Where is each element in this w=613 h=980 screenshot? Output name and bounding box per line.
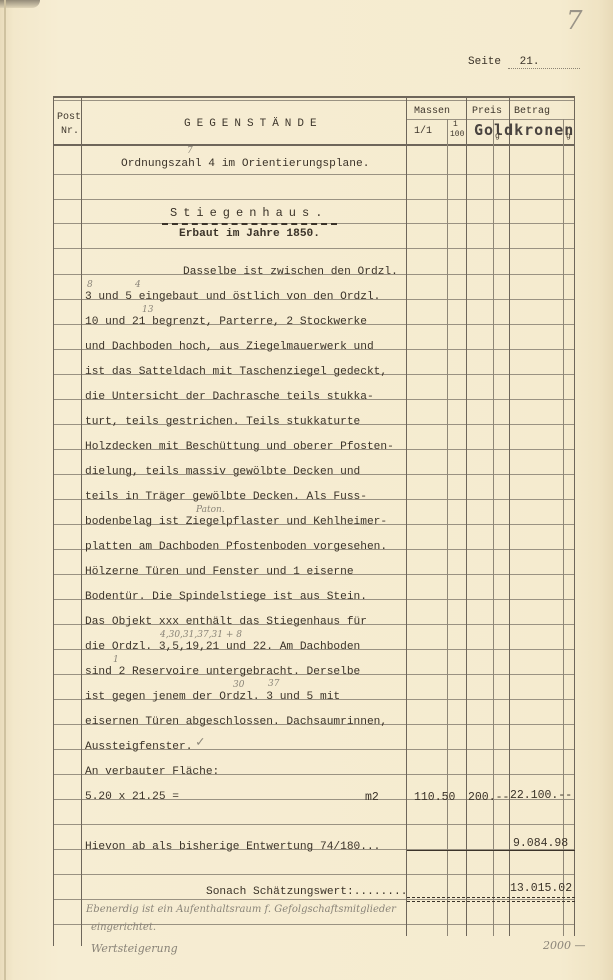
col-border-preis-sub	[493, 119, 494, 936]
ruled-line	[53, 248, 575, 249]
header-subrow-line	[406, 119, 575, 120]
col-border-right	[574, 96, 575, 936]
desc-line: Bodentür. Die Spindelstiege ist aus Stei…	[85, 591, 367, 603]
desc-line: turt, teils gestrichen. Teils stukkaturt…	[85, 416, 360, 428]
desc-line: ist das Satteldach mit Taschenziegel ged…	[85, 366, 387, 378]
seite-number: 21.	[508, 56, 580, 69]
ruled-line	[53, 824, 575, 825]
header-betrag: Betrag	[514, 106, 550, 117]
depreciation-value: 9.084.98	[513, 837, 568, 850]
ruled-line	[53, 199, 575, 200]
desc-line: sind 2 Reservoire untergebracht. Derselb…	[85, 666, 360, 678]
total-double-rule	[407, 897, 575, 902]
estimate-label: Sonach Schätzungswert:........	[206, 886, 407, 898]
header-massen-1-1: 1/1	[414, 126, 432, 137]
subtotal-rule	[407, 850, 575, 851]
col-border-betrag	[509, 96, 510, 936]
area-value: 110.50	[414, 791, 455, 804]
ledger-table: Post Nr. GEGENSTÄNDE Massen 1/1 1 100 Pr…	[53, 96, 575, 946]
price-value: 200.--	[468, 791, 509, 804]
desc-line: Das Objekt xxx enthält das Stiegenhaus f…	[85, 616, 367, 628]
desc-line: bodenbelag ist Ziegelpflaster und Kehlhe…	[85, 516, 387, 528]
desc-line: 10 und 21 begrenzt, Parterre, 2 Stockwer…	[85, 316, 367, 328]
header-g-betrag: g	[566, 132, 571, 141]
pencil-correction: 37	[268, 679, 279, 689]
desc-line: teils in Träger gewölbte Decken. Als Fus…	[85, 491, 367, 503]
desc-line: und Dachboden hoch, aus Ziegelmauerwerk …	[85, 341, 374, 353]
handwritten-note: Wertsteigerung	[91, 942, 178, 955]
col-border-betrag-sub	[563, 119, 564, 936]
header-g-preis: g	[495, 132, 500, 141]
table-top-border-inner	[53, 100, 575, 101]
desc-line: Dasselbe ist zwischen den Ordzl.	[183, 266, 398, 278]
pencil-correction: 8	[87, 280, 93, 290]
estimate-value: 13.015.02	[510, 882, 572, 895]
desc-line: die Untersicht der Dachrasche teils stuk…	[85, 391, 374, 403]
col-border-left	[53, 96, 54, 946]
amount-value: 22.100.--	[510, 789, 572, 802]
pencil-correction: Paton.	[196, 505, 225, 515]
header-bottom-border	[53, 144, 575, 146]
desc-line: Holzdecken mit Beschüttung und oberer Pf…	[85, 441, 394, 453]
ordnungszahl-correction: 7	[187, 146, 193, 156]
pencil-correction: 1	[113, 655, 119, 665]
pencil-correction: 4,30,31,37,31 + 8	[160, 630, 242, 640]
page-left-edge	[4, 0, 6, 980]
desc-line: Aussteigfenster.	[85, 741, 192, 753]
depreciation-label: Hievon ab als bisherige Entwertung 74/18…	[85, 841, 380, 853]
document-page: 7 Seite 21.	[0, 0, 613, 980]
handwritten-note: eingerichtet.	[91, 922, 156, 933]
ruled-line	[53, 174, 575, 175]
desc-line: Hölzerne Türen und Fenster und 1 eiserne	[85, 566, 354, 578]
handwritten-page-number: 7	[566, 6, 583, 36]
area-formula: 5.20 x 21.25 =	[85, 791, 179, 803]
col-border-preis	[466, 96, 467, 936]
header-post: Post	[57, 112, 81, 123]
ruled-line	[53, 874, 575, 875]
col-border-massen-sub	[447, 119, 448, 936]
section-title: Stiegenhaus.	[170, 206, 328, 220]
title-underline	[162, 223, 337, 225]
currency-stamp-goldkronen: Goldkronen	[474, 121, 574, 139]
header-gegenstaende: GEGENSTÄNDE	[184, 118, 323, 130]
header-massen-1-100-num: 1	[453, 120, 458, 129]
handwritten-note: Ebenerdig ist ein Aufenthaltsraum f. Gef…	[86, 904, 396, 915]
pencil-correction: 13	[142, 305, 153, 315]
desc-line: 3 und 5 eingebaut und östlich von den Or…	[85, 291, 380, 303]
area-label: An verbauter Fläche:	[85, 766, 219, 778]
col-border-post-nr	[81, 96, 82, 946]
desc-line: dielung, teils massiv gewölbte Decken un…	[85, 466, 360, 478]
seite-label: Seite	[468, 56, 501, 68]
pencil-correction: 4	[135, 280, 141, 290]
pencil-correction: 30	[233, 680, 244, 690]
header-preis: Preis	[472, 106, 502, 117]
pencil-checkmark-icon: ✓	[196, 734, 204, 751]
col-border-massen	[406, 96, 407, 936]
page-corner-shadow	[0, 0, 40, 8]
desc-line: platten am Dachboden Pfostenboden vorges…	[85, 541, 387, 553]
handwritten-amount: 2000 —	[543, 939, 586, 952]
desc-line: die Ordzl. 3,5,19,21 und 22. Am Dachbode…	[85, 641, 360, 653]
area-unit: m2	[365, 791, 379, 804]
table-top-border	[53, 96, 575, 98]
desc-line: ist gegen jenem der Ordzl. 3 und 5 mit	[85, 691, 340, 703]
header-massen: Massen	[414, 106, 450, 117]
page-number-field: Seite 21.	[468, 56, 580, 69]
header-nr: Nr.	[61, 126, 79, 137]
header-massen-1-100-den: 100	[450, 130, 464, 139]
desc-line: eisernen Türen abgeschlossen. Dachsaumri…	[85, 716, 387, 728]
ordnungszahl-line: Ordnungszahl 4 im Orientierungsplane.	[121, 158, 369, 170]
section-subtitle: Erbaut im Jahre 1850.	[179, 228, 320, 240]
